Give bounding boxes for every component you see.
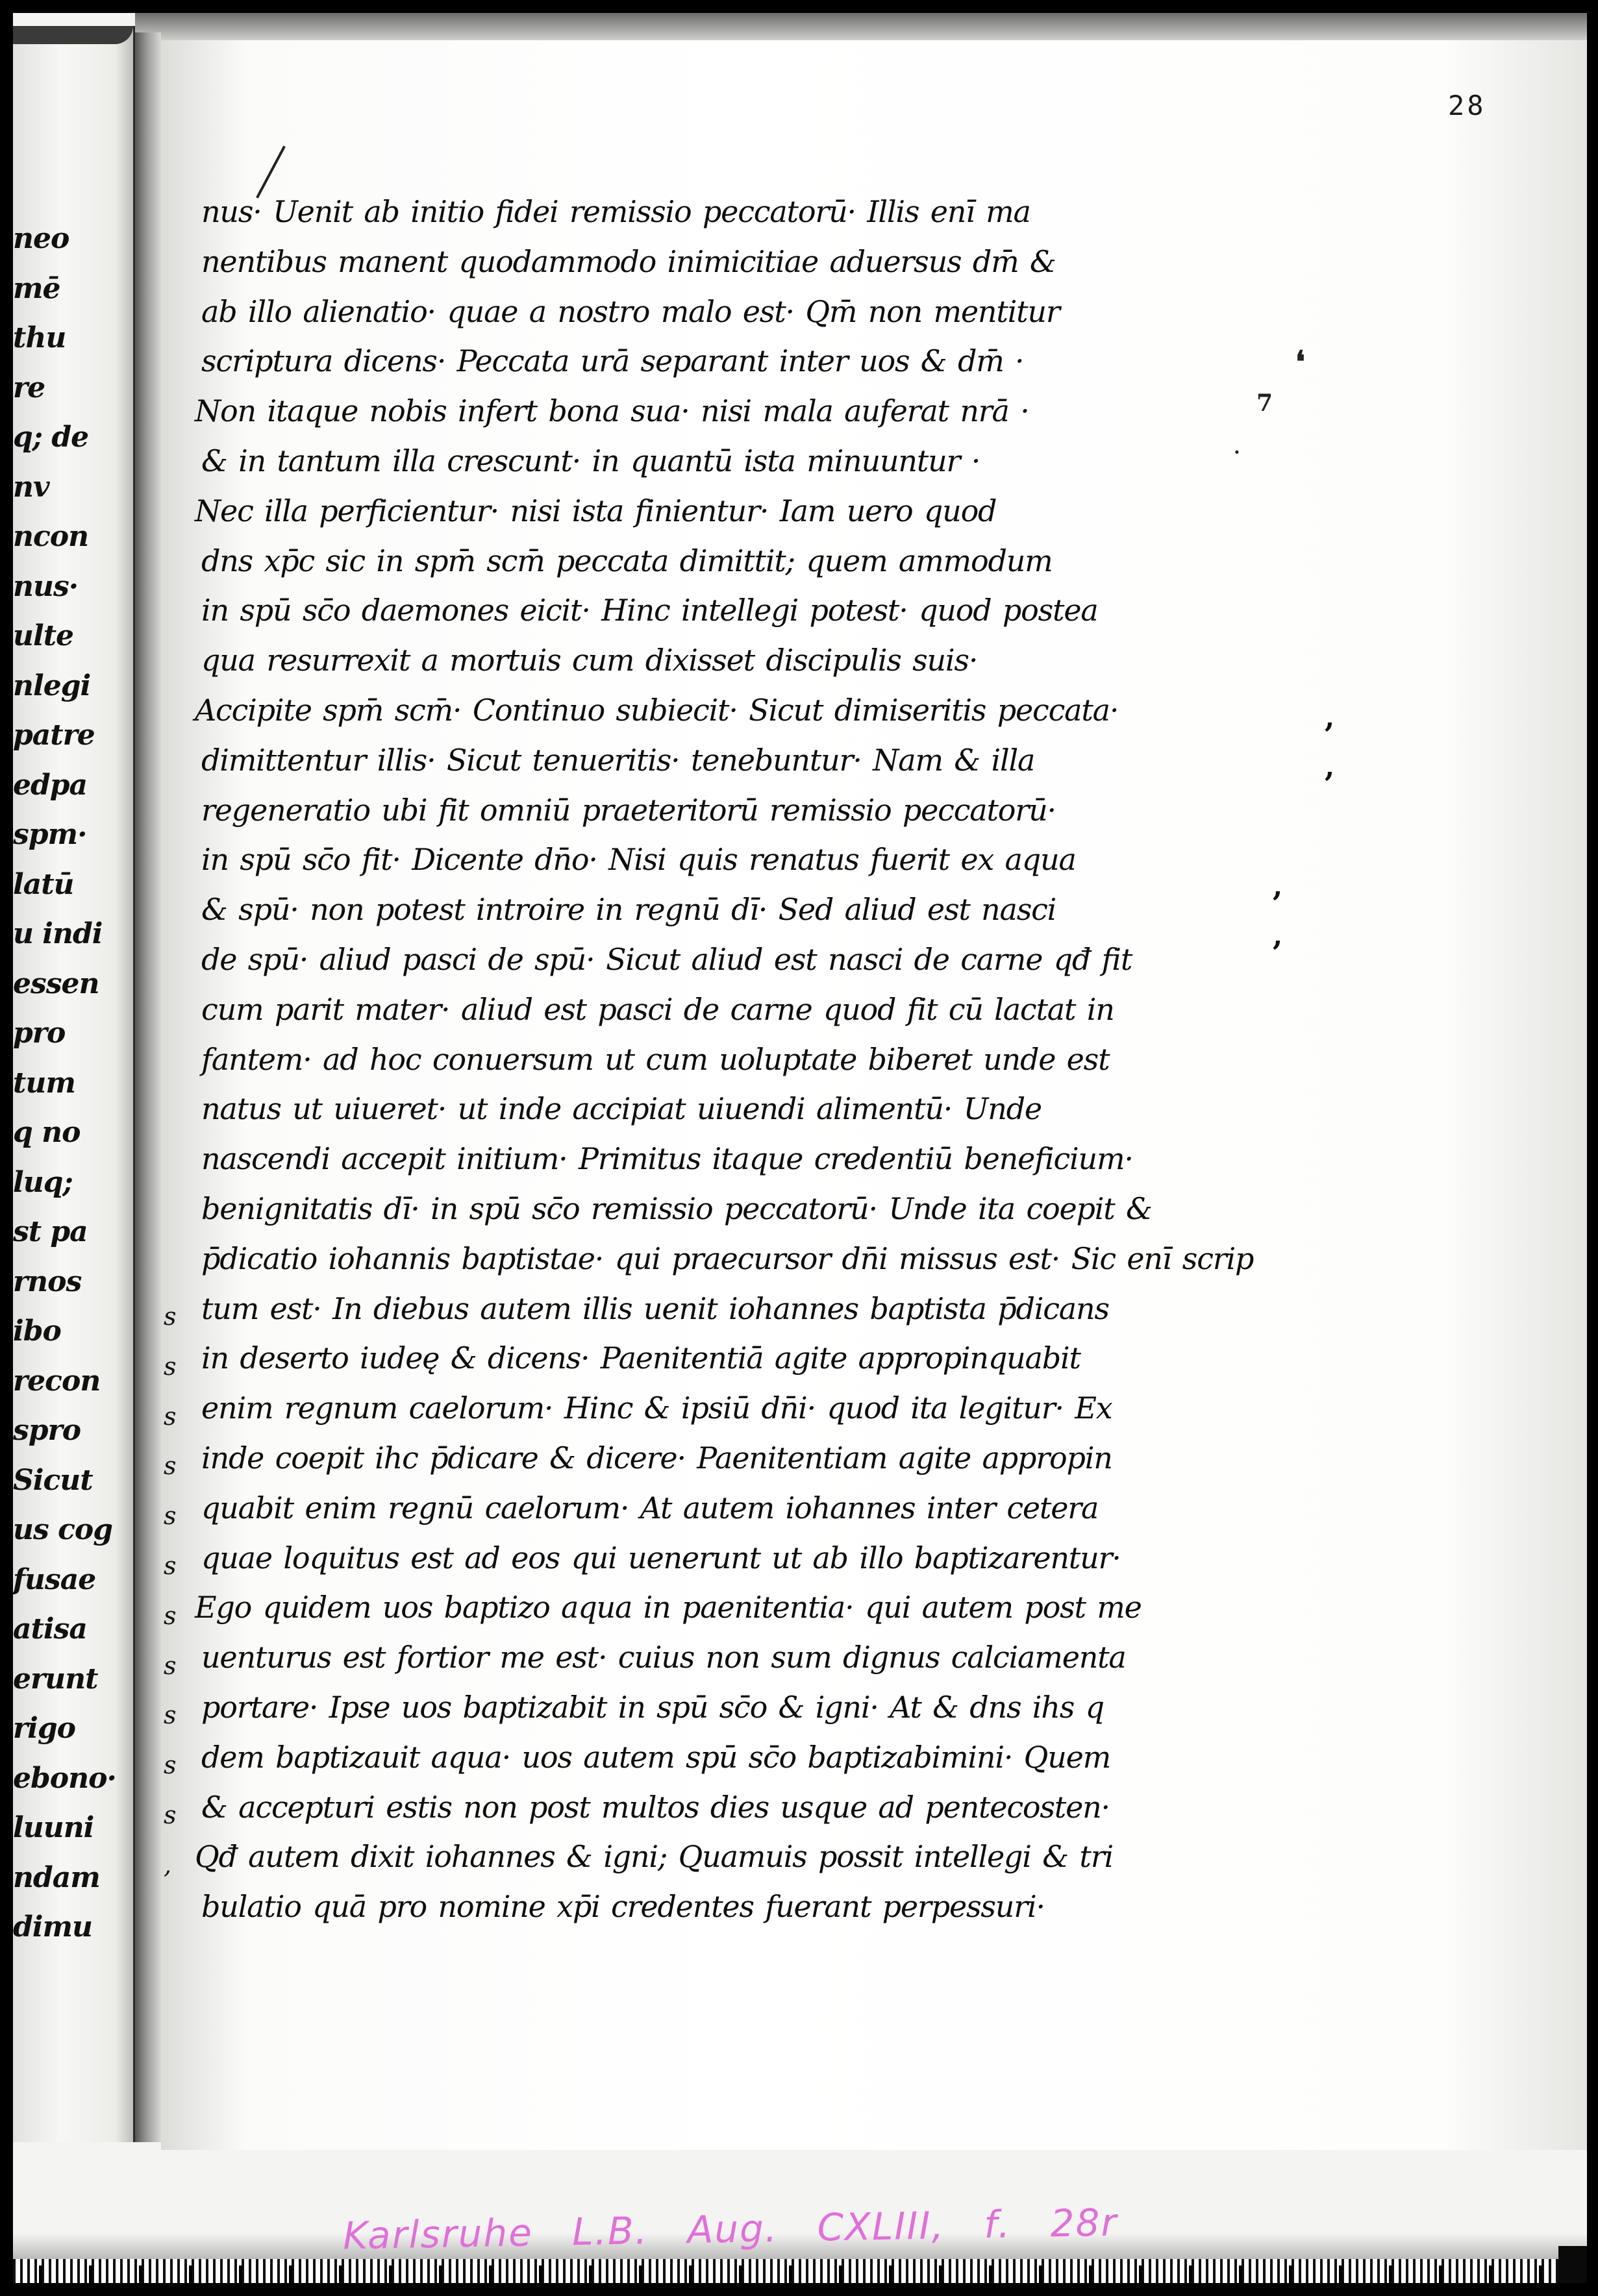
manuscript-line: & accepturi estis non post multos dies u… xyxy=(201,1783,1318,1833)
manuscript-line: natus ut uiueret· ut inde accipiat uiuen… xyxy=(201,1084,1318,1134)
manuscript-line: & in tantum illa crescunt· in quantū ist… xyxy=(201,436,1318,486)
previous-leaf-line-fragment: q; de xyxy=(13,413,133,463)
ruler-tick xyxy=(1239,2265,1242,2283)
previous-leaf-line-fragment: nus· xyxy=(13,562,133,612)
ruler-tick xyxy=(1439,2265,1442,2283)
previous-leaf-line-fragment: ndam xyxy=(13,1853,133,1903)
ruler-tick xyxy=(489,2265,492,2283)
previous-leaf-line-fragment: patre xyxy=(13,711,133,761)
manuscript-line: dns xp̄c sic in spm̄ scm̄ peccata dimitt… xyxy=(201,536,1318,586)
manuscript-line: dimittentur illis· Sicut tenueritis· ten… xyxy=(201,735,1318,785)
previous-leaf-line-fragment: rnos xyxy=(13,1257,133,1307)
right-margin-mark: , xyxy=(1273,919,1282,952)
previous-leaf-line-fragment: q no xyxy=(13,1108,133,1158)
folio-number: 28 xyxy=(1448,90,1486,121)
manuscript-line: Ego quidem uos baptizo aqua in paenitent… xyxy=(195,1583,1318,1633)
left-margin-correction-marks: sssssssssss, xyxy=(164,1292,183,1890)
ruler-tick xyxy=(539,2265,542,2283)
ruler-tick xyxy=(189,2265,192,2283)
previous-leaf-line-fragment: latū xyxy=(13,860,133,910)
ruler-tick xyxy=(589,2265,592,2283)
manuscript-line: bulatio quā pro nomine xp̄i credentes fu… xyxy=(201,1882,1318,1932)
ruler-tick xyxy=(239,2265,242,2283)
margin-correction-mark: s xyxy=(164,1441,183,1491)
previous-leaf-line-fragment: ibo xyxy=(13,1307,133,1357)
previous-leaf-line-fragment: ulte xyxy=(13,611,133,661)
manuscript-line: benignitatis dī· in spū sc̄o remissio pe… xyxy=(201,1184,1318,1234)
manuscript-line: quabit enim regnū caelorum· At autem ioh… xyxy=(201,1483,1318,1533)
ruler-tick xyxy=(1039,2265,1042,2283)
manuscript-line: tum est· In diebus autem illis uenit ioh… xyxy=(201,1284,1318,1334)
previous-leaf-line-fragment: ebono· xyxy=(13,1754,133,1804)
previous-leaf-line-fragment: thu xyxy=(13,314,133,364)
manuscript-line: p̄dicatio iohannis baptistae· qui praecu… xyxy=(201,1234,1318,1284)
previous-leaf-line-fragment: neo xyxy=(13,214,133,264)
manuscript-text-block: nus· Uenit ab initio fidei remissio pecc… xyxy=(201,187,1318,1932)
previous-leaf-line-fragment: mē xyxy=(13,264,133,314)
ruler-tick xyxy=(1489,2265,1492,2283)
ruler-tick xyxy=(989,2265,992,2283)
ruler-tick xyxy=(289,2265,292,2283)
previous-leaf-line-fragment: nv xyxy=(13,463,133,513)
margin-correction-mark: s xyxy=(164,1392,183,1442)
manuscript-line: enim regnum caelorum· Hinc & ipsiū dn̄i·… xyxy=(201,1383,1318,1433)
margin-correction-mark: s xyxy=(164,1292,183,1342)
previous-leaf-line-fragment: erunt xyxy=(13,1655,133,1705)
previous-leaf-line-fragment: rigo xyxy=(13,1704,133,1754)
margin-correction-mark: s xyxy=(164,1790,183,1840)
ruler-tick xyxy=(1139,2265,1142,2283)
manuscript-line: Nec illa perficientur· nisi ista finient… xyxy=(195,486,1318,536)
manuscript-line: portare· Ipse uos baptizabit in spū sc̄o… xyxy=(201,1683,1318,1733)
previous-leaf-line-fragment: Sicut xyxy=(13,1456,133,1506)
manuscript-line: uenturus est fortior me est· cuius non s… xyxy=(201,1633,1318,1683)
manuscript-line: regeneratio ubi fit omniū praeteritorū r… xyxy=(201,785,1318,835)
previous-leaf-line-fragment: re xyxy=(13,364,133,414)
previous-leaf-line-fragment: dimu xyxy=(13,1903,133,1953)
manuscript-line: & spū· non potest introire in regnū dī· … xyxy=(201,885,1318,935)
manuscript-line: inde coepit ihc p̄dicare & dicere· Paeni… xyxy=(201,1433,1318,1483)
previous-leaf-line-fragment: spro xyxy=(13,1406,133,1456)
margin-correction-mark: s xyxy=(164,1491,183,1541)
manuscript-line: in deserto iudeę & dicens· Paenitentiā a… xyxy=(201,1333,1318,1383)
previous-leaf-line-fragment: luq; xyxy=(13,1158,133,1208)
manuscript-line: fantem· ad hoc conuersum ut cum uoluptat… xyxy=(201,1035,1318,1085)
ruler-tick xyxy=(439,2265,442,2283)
ruler-tick xyxy=(839,2265,842,2283)
previous-leaf-line-fragment: atisa xyxy=(13,1605,133,1655)
previous-leaf-top-edge xyxy=(13,26,133,44)
manuscript-line: qua resurrexit a mortuis cum dixisset di… xyxy=(201,636,1318,685)
right-margin-mark: , xyxy=(1325,750,1334,784)
ruler-tick xyxy=(889,2265,892,2283)
ruler-tick xyxy=(639,2265,642,2283)
ruler-tick xyxy=(1339,2265,1342,2283)
ruler-tick xyxy=(39,2265,42,2283)
previous-leaf-line-fragment: recon xyxy=(13,1357,133,1407)
ruler-tick xyxy=(689,2265,692,2283)
margin-correction-mark: s xyxy=(164,1641,183,1691)
binding-gutter xyxy=(135,32,161,2142)
top-edge-shadow xyxy=(135,13,1587,40)
previous-leaf-line-fragment: u indi xyxy=(13,909,133,959)
margin-ink-blot: ❛ xyxy=(1295,344,1305,379)
ruler-tick xyxy=(89,2265,92,2283)
margin-correction-mark: s xyxy=(164,1591,183,1641)
margin-correction-mark: s xyxy=(164,1342,183,1392)
manuscript-line: nascendi accepit initium· Primitus itaqu… xyxy=(201,1134,1318,1184)
previous-leaf: neomēthureq; denvnconnus·ultenlegipatree… xyxy=(13,26,135,2142)
manuscript-line: quae loquitus est ad eos qui uenerunt ut… xyxy=(201,1533,1318,1583)
ruler-tick xyxy=(739,2265,742,2283)
manuscript-line: Qđ autem dixit iohannes & igni; Quamuis … xyxy=(195,1832,1318,1882)
manuscript-line: in spū sc̄o daemones eicit· Hinc intelle… xyxy=(201,586,1318,636)
ruler-tick xyxy=(1089,2265,1092,2283)
margin-correction-mark: s xyxy=(164,1690,183,1740)
manuscript-line: ab illo alienatio· quae a nostro malo es… xyxy=(201,287,1318,337)
ruler-tick xyxy=(1189,2265,1192,2283)
previous-leaf-line-fragment: st pa xyxy=(13,1207,133,1257)
ruler-tick xyxy=(1389,2265,1392,2283)
ruler-tick xyxy=(389,2265,392,2283)
previous-leaf-line-fragment: us cog xyxy=(13,1505,133,1555)
manuscript-line: Accipite spm̄ scm̄· Continuo subiecit· S… xyxy=(195,685,1318,735)
right-margin-mark: , xyxy=(1273,870,1282,903)
previous-leaf-line-fragment: ncon xyxy=(13,512,133,562)
ruler-tick xyxy=(789,2265,792,2283)
right-margin-mark: , xyxy=(1325,701,1334,734)
ruler-tick xyxy=(939,2265,942,2283)
manuscript-line: Non itaque nobis infert bona sua· nisi m… xyxy=(195,386,1318,436)
measurement-ruler xyxy=(13,2259,1587,2283)
previous-leaf-line-fragment: edpa xyxy=(13,761,133,811)
margin-correction-mark: s xyxy=(164,1541,183,1591)
previous-leaf-line-fragment: fusae xyxy=(13,1555,133,1605)
previous-leaf-text: neomēthureq; denvnconnus·ultenlegipatree… xyxy=(13,214,133,1953)
previous-leaf-line-fragment: nlegi xyxy=(13,661,133,711)
manuscript-line: de spū· aliud pasci de spū· Sicut aliud … xyxy=(201,935,1318,985)
previous-leaf-line-fragment: luuni xyxy=(13,1803,133,1853)
ruler-tick xyxy=(1289,2265,1292,2283)
ruler-end-block xyxy=(1558,2246,1587,2283)
previous-leaf-line-fragment: essen xyxy=(13,959,133,1009)
margin-dot: · xyxy=(1234,441,1240,463)
manuscript-line: scriptura dicens· Peccata urā separant i… xyxy=(201,336,1318,386)
manuscript-line: in spū sc̄o fit· Dicente dn̄o· Nisi quis… xyxy=(201,835,1318,885)
photograph-frame: neomēthureq; denvnconnus·ultenlegipatree… xyxy=(13,13,1587,2283)
previous-leaf-line-fragment: spm· xyxy=(13,810,133,860)
manuscript-line: nus· Uenit ab initio fidei remissio pecc… xyxy=(201,187,1318,237)
manuscript-line: cum parit mater· aliud est pasci de carn… xyxy=(201,985,1318,1035)
margin-correction-mark: , xyxy=(164,1840,183,1890)
margin-mark-seven: 7 xyxy=(1256,389,1273,417)
margin-correction-mark: s xyxy=(164,1740,183,1790)
previous-leaf-line-fragment: pro xyxy=(13,1009,133,1059)
ruler-tick xyxy=(1539,2265,1542,2283)
manuscript-line: nentibus manent quodammodo inimicitiae a… xyxy=(201,237,1318,287)
ruler-tick xyxy=(139,2265,142,2283)
manuscript-line: dem baptizauit aqua· uos autem spū sc̄o … xyxy=(201,1733,1318,1783)
ruler-tick xyxy=(339,2265,342,2283)
previous-leaf-line-fragment: tum xyxy=(13,1059,133,1109)
